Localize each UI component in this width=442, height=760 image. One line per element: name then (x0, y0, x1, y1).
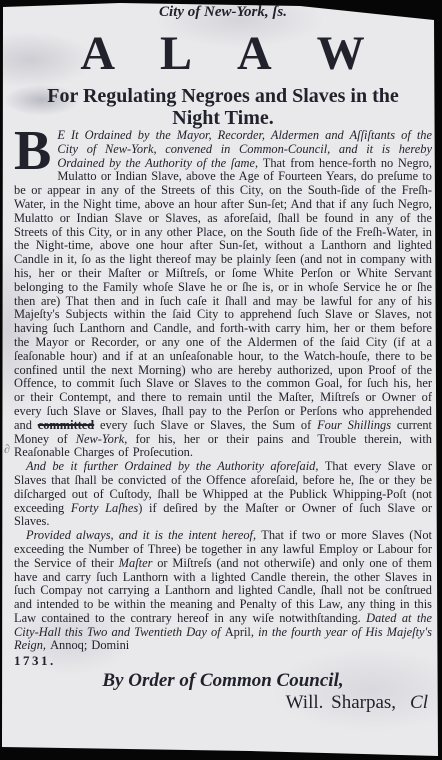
proviso-text: Provided always, and it is the intent he… (14, 528, 432, 652)
handwritten-margin-mark: ∂ (4, 442, 10, 457)
whipping-clause-text: And be it further Ordained by the Author… (14, 459, 432, 528)
law-body: BE It Ordained by the Mayor, Recorder, A… (14, 129, 432, 653)
enacting-paragraph: BE It Ordained by the Mayor, Recorder, A… (14, 129, 432, 460)
broadside-paper: City of New-York, ſs. A L A W For Regula… (0, 0, 442, 760)
signature-name: Will. Sharpas, (286, 692, 396, 713)
signature-line: Will. Sharpas,Cl (14, 692, 432, 713)
title-letter: A (237, 32, 273, 76)
proviso-paragraph: Provided always, and it is the intent he… (14, 529, 432, 653)
title-letter: L (160, 32, 193, 76)
whipping-clause-paragraph: And be it further Ordained by the Author… (14, 460, 432, 529)
document-content: City of New-York, ſs. A L A W For Regula… (0, 0, 442, 760)
by-order-line: By Order of Common Council, (14, 670, 432, 691)
title-letter: A (80, 32, 116, 76)
clerk-abbreviation: Cl (410, 692, 428, 713)
year-line: 1731. (14, 654, 432, 668)
enacting-paragraph-text: E It Ordained by the Mayor, Recorder, Al… (14, 128, 432, 459)
law-title: A L A W (14, 32, 432, 76)
title-letter: W (317, 32, 366, 76)
law-subtitle: For Regulating Negroes and Slaves in the… (22, 85, 424, 129)
scanned-broadside-photo: City of New-York, ſs. A L A W For Regula… (0, 0, 442, 760)
place-line: City of New-York, ſs. (14, 4, 432, 21)
dropcap-letter: B (14, 129, 57, 172)
